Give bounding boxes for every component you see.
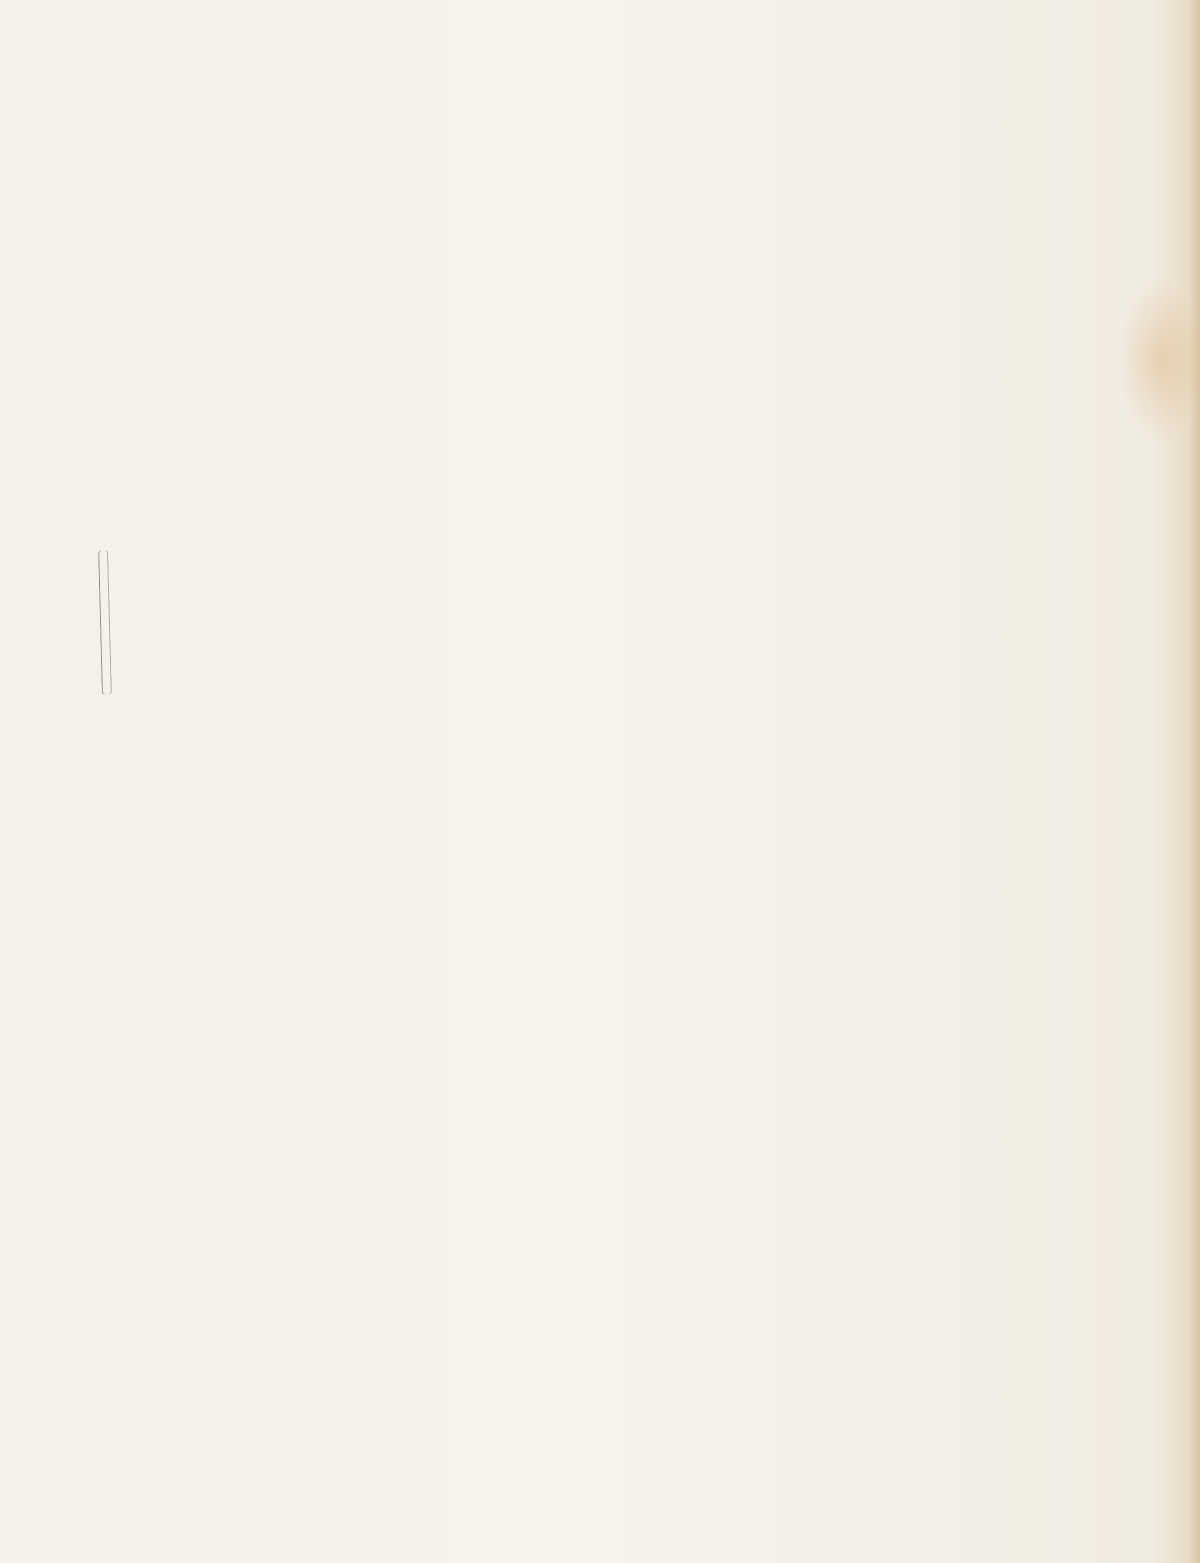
scanned-document-page <box>0 0 1200 1563</box>
pencil-margin-mark <box>98 550 112 695</box>
